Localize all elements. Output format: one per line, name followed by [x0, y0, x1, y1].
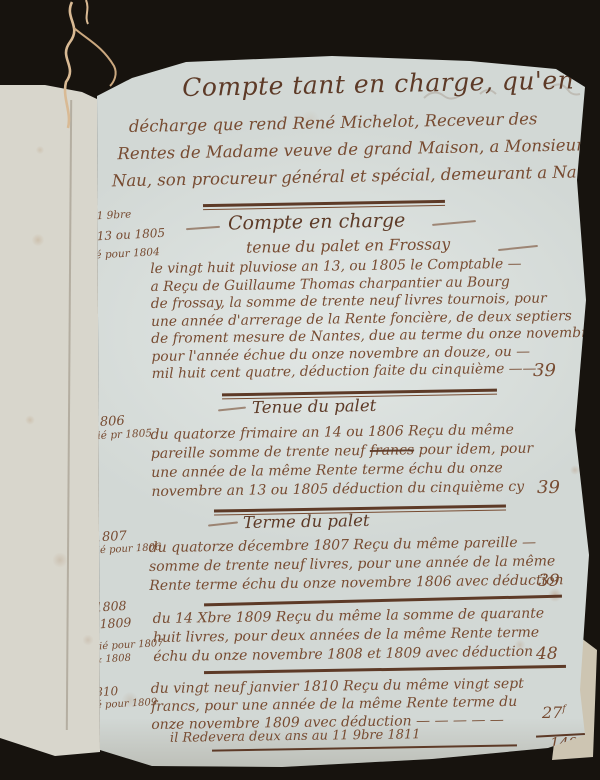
- flourish-dash: [218, 407, 246, 412]
- flourish-dash: [186, 226, 220, 230]
- section-rule: [204, 665, 566, 674]
- entry-2-amount: 39: [537, 477, 560, 498]
- closing-underline: [212, 744, 517, 751]
- entry-line-fragment: pour idem, pour: [414, 441, 533, 459]
- manuscript-photo: Compte tant en charge, qu'en décharge qu…: [0, 0, 600, 780]
- entry-2-text: du quatorze frimaire an 14 ou 1806 Reçu …: [150, 420, 581, 502]
- entry-1-amount: 39: [533, 360, 556, 381]
- entry-3-text: du quatorze décembre 1807 Reçu du même p…: [149, 533, 580, 596]
- entry-4-text: du 14 Xbre 1809 Reçu du même la somme de…: [153, 604, 584, 667]
- entry-1-text: le vingt huit pluviose an 13, ou 1805 le…: [150, 255, 582, 383]
- struck-word: francs: [370, 442, 414, 459]
- entry-3-amount: 39: [538, 571, 560, 591]
- entry-5-text: du vingt neuf janvier 1810 Reçu du même …: [151, 674, 582, 734]
- entry-line-fragment: pareille somme de trente neuf: [151, 443, 370, 462]
- closing-note: il Redevera deux ans au 11 9bre 1811: [170, 727, 421, 745]
- amount-unit: f: [562, 705, 565, 715]
- section-heading: Compte en charge: [228, 209, 406, 234]
- flourish-dash: [498, 245, 538, 251]
- entry-3-heading: Terme du palet: [243, 511, 370, 532]
- entry-5-amount: 27f: [542, 703, 566, 722]
- amount-value: 27: [542, 703, 562, 722]
- flourish-dash: [208, 521, 238, 526]
- document-title: Compte tant en charge, qu'en décharge qu…: [94, 65, 586, 194]
- section-subheading: tenue du palet en Frossay: [246, 235, 451, 257]
- title-rule: [203, 200, 445, 210]
- entry-2-heading: Tenue du palet: [252, 396, 377, 417]
- title-line-1: Compte tant en charge, qu'en: [94, 65, 584, 103]
- flourish-dash: [432, 220, 476, 226]
- entry-4-amount: 48: [536, 644, 558, 664]
